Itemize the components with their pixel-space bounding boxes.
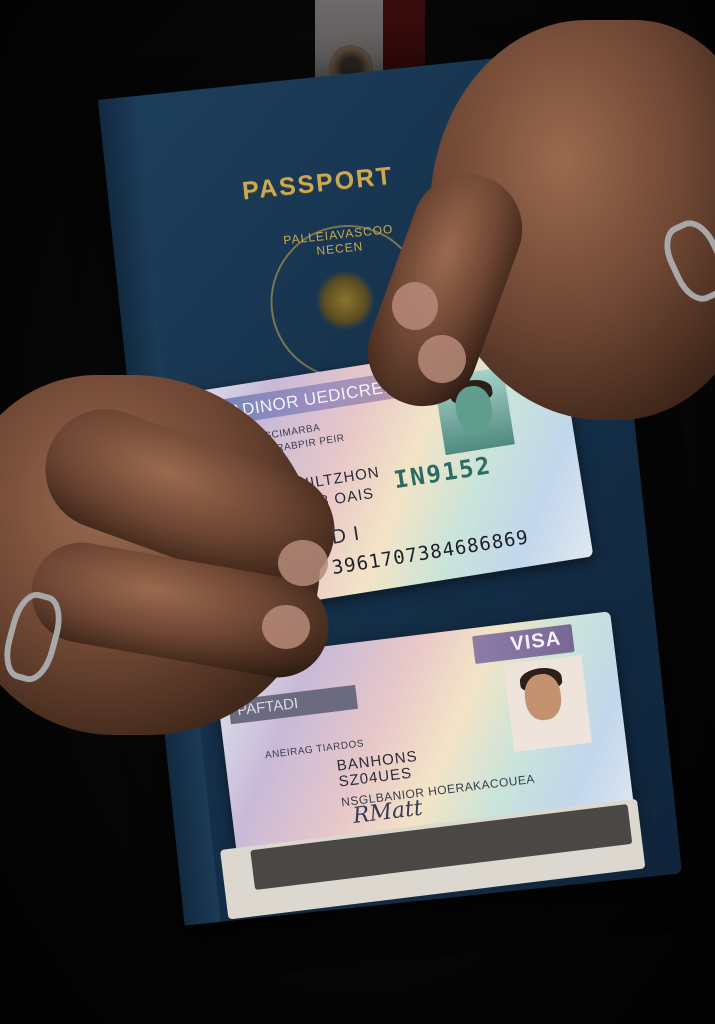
left-fingernail <box>262 605 310 649</box>
left-fingernail <box>278 540 328 586</box>
card-stamp: IN9152 <box>392 451 494 494</box>
right-fingernail <box>418 335 466 383</box>
visa-photo <box>504 655 592 752</box>
passport-cover-title: PASSPORT <box>241 162 395 207</box>
right-fingernail <box>392 282 438 330</box>
